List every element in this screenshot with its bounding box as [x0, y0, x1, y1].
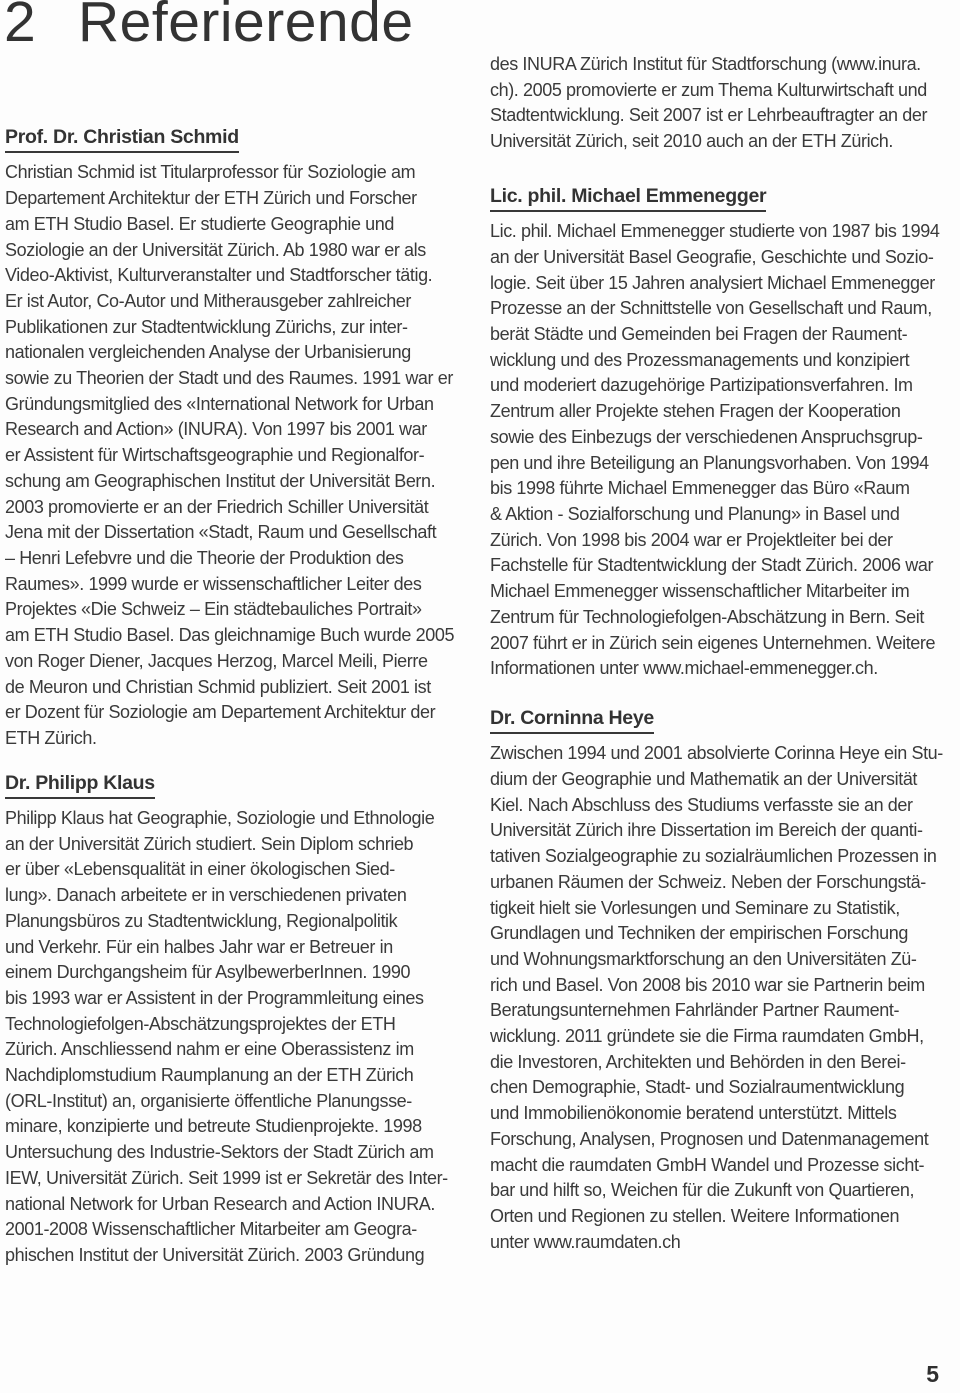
- right-column: des INURA Zürich Institut für Stadtforsc…: [490, 52, 955, 1255]
- bio-heading-michael-emmenegger: Lic. phil. Michael Emmenegger: [490, 186, 766, 212]
- bio-section-philipp-klaus: Dr. Philipp Klaus Philipp Klaus hat Geog…: [5, 773, 475, 1269]
- bio-section-michael-emmenegger: Lic. phil. Michael Emmenegger Lic. phil.…: [490, 186, 955, 682]
- bio-section-corninna-heye: Dr. Corninna Heye Zwischen 1994 und 2001…: [490, 708, 955, 1256]
- bio-heading-christian-schmid: Prof. Dr. Christian Schmid: [5, 127, 239, 153]
- left-column: Prof. Dr. Christian Schmid Christian Sch…: [5, 127, 475, 1269]
- bio-text-corninna-heye: Zwischen 1994 und 2001 absolvierte Corin…: [490, 741, 955, 1255]
- page-number: 5: [926, 1361, 939, 1388]
- chapter-number: 2: [4, 0, 78, 51]
- bio-text-philipp-klaus: Philipp Klaus hat Geographie, Soziologie…: [5, 806, 475, 1269]
- document-page: 2 Referierende Prof. Dr. Christian Schmi…: [0, 0, 960, 1393]
- bio-text-philipp-klaus-continuation: des INURA Zürich Institut für Stadtforsc…: [490, 52, 955, 155]
- bio-heading-philipp-klaus: Dr. Philipp Klaus: [5, 773, 155, 799]
- bio-section-christian-schmid: Prof. Dr. Christian Schmid Christian Sch…: [5, 127, 475, 752]
- chapter-title: Referierende: [78, 0, 414, 51]
- bio-text-christian-schmid: Christian Schmid ist Titularprofessor fü…: [5, 160, 475, 751]
- bio-heading-corninna-heye: Dr. Corninna Heye: [490, 708, 654, 734]
- bio-text-michael-emmenegger: Lic. phil. Michael Emmenegger studierte …: [490, 219, 955, 682]
- page-title: 2 Referierende: [4, 0, 414, 51]
